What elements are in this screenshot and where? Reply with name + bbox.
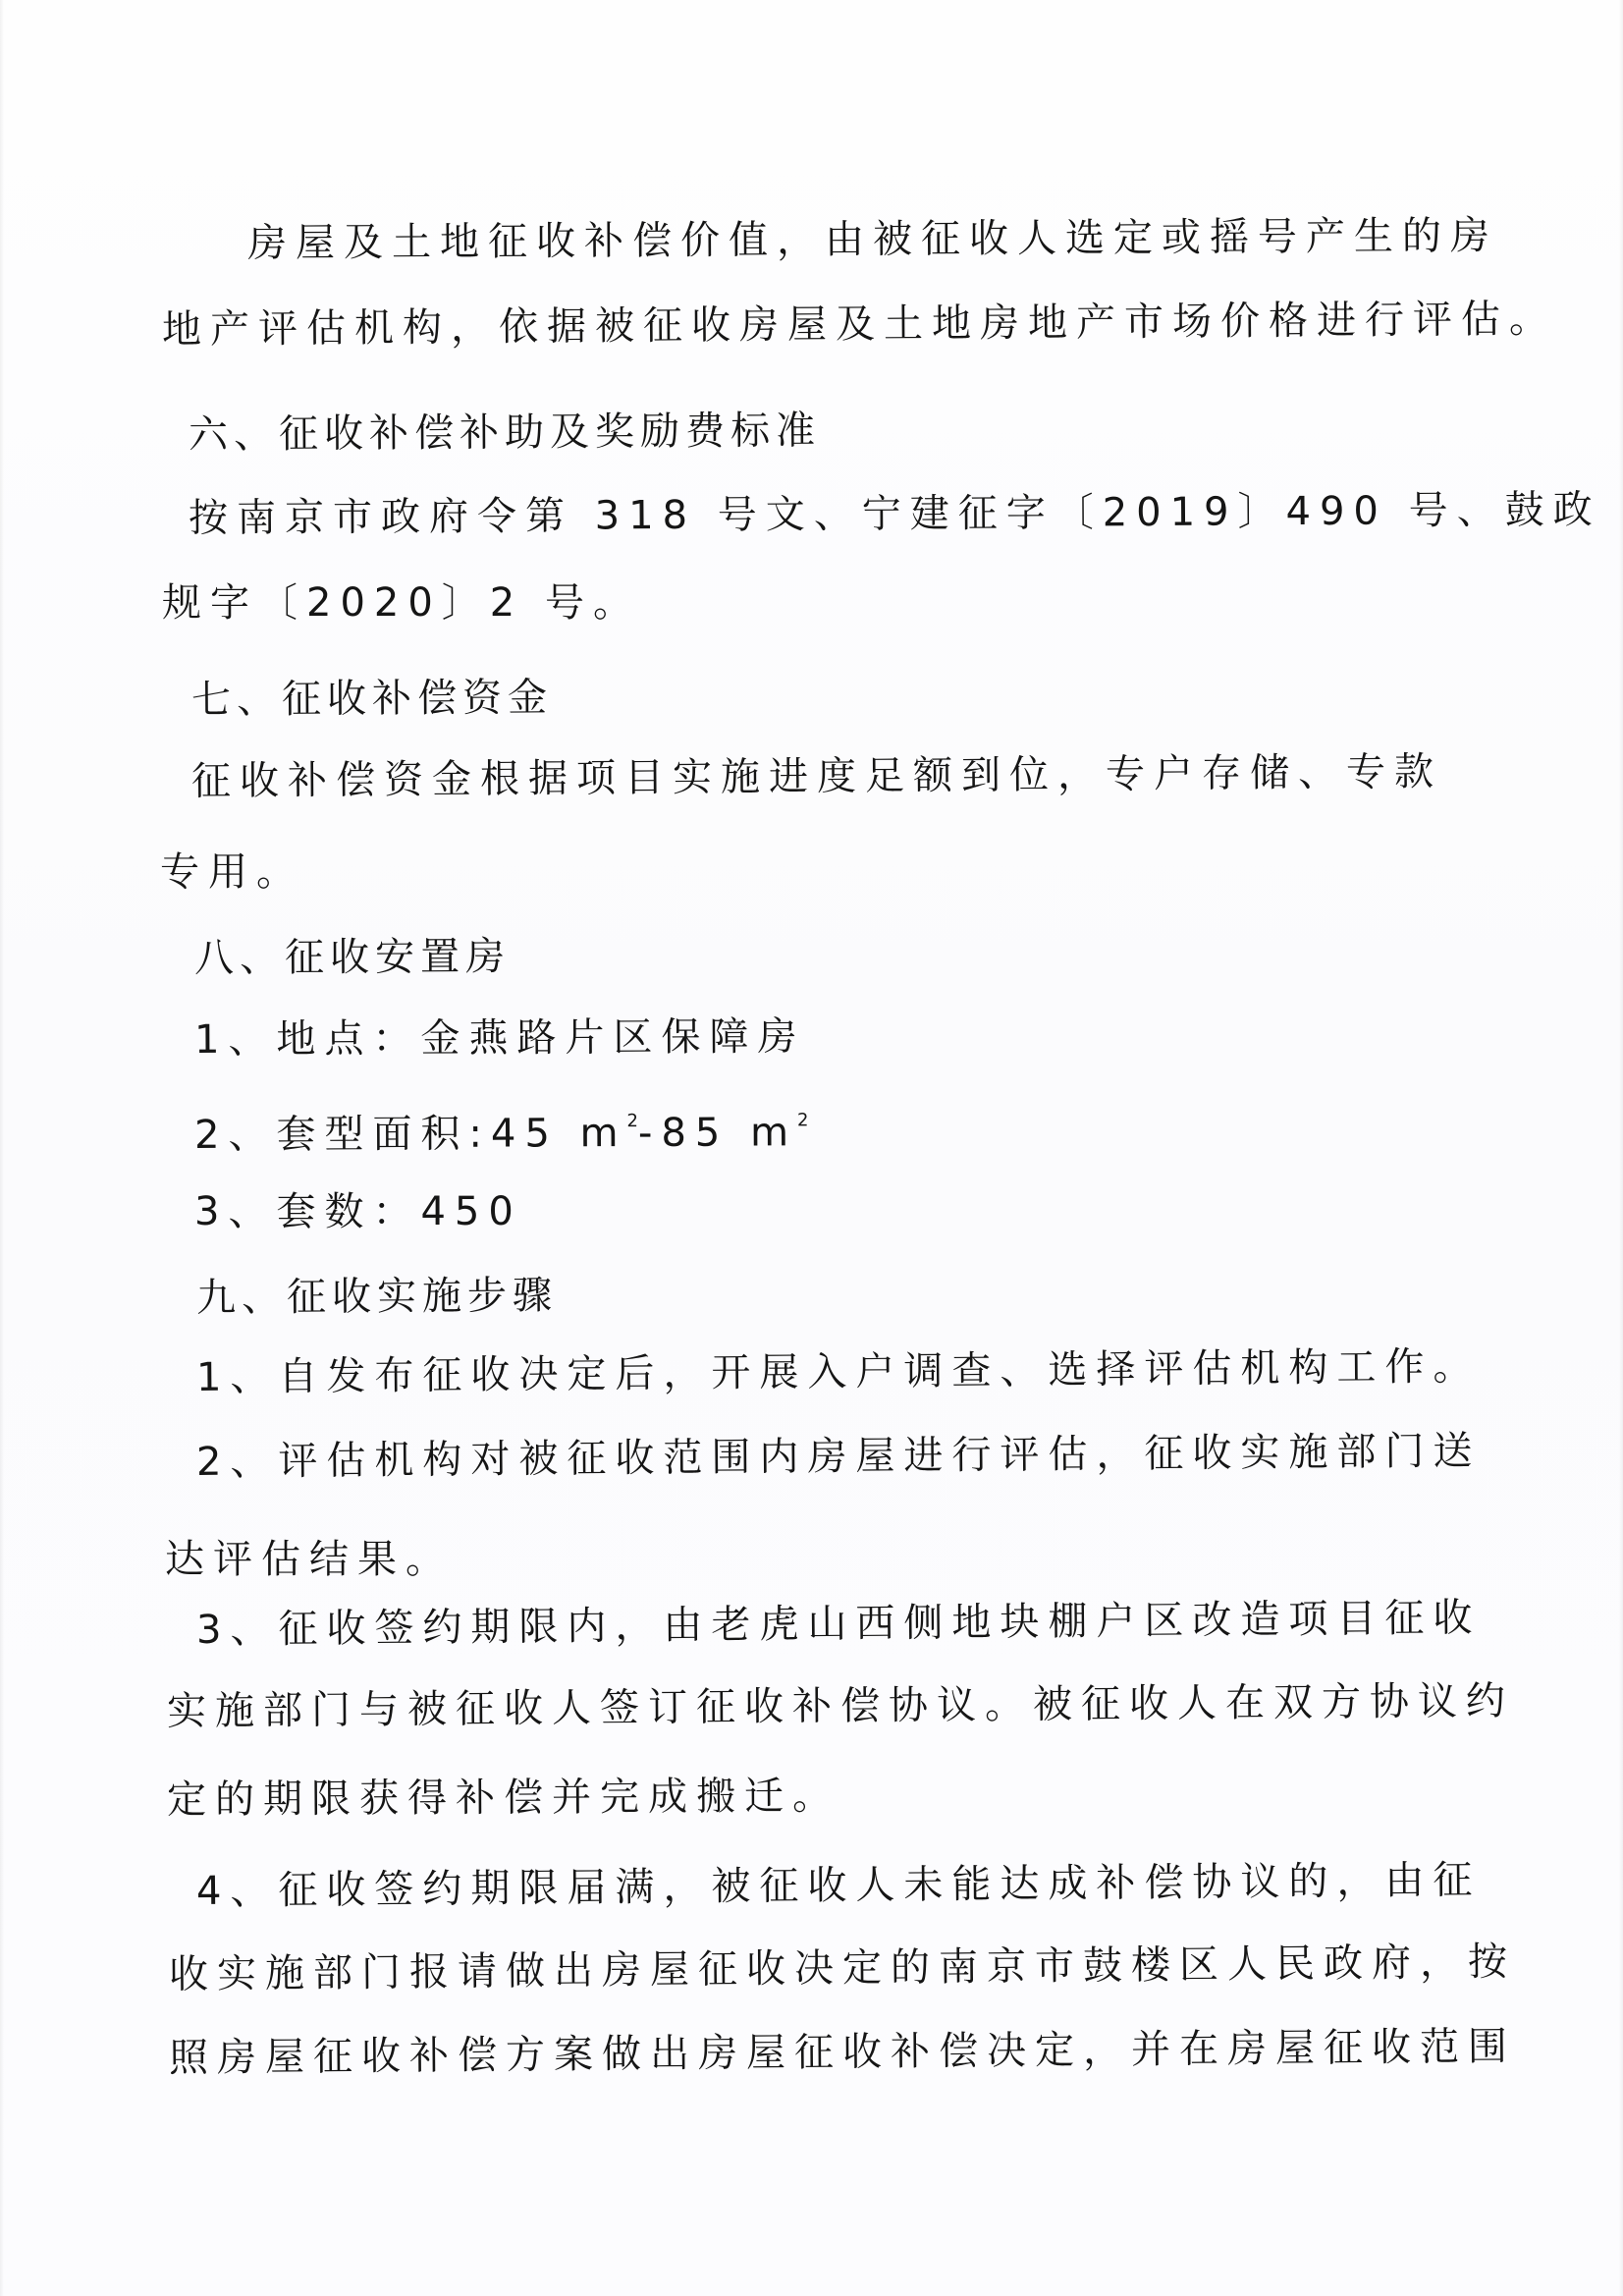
paragraph-line: 按南京市政府令第 318 号文、宁建征字〔2019〕490 号、鼓政	[189, 484, 1601, 544]
step-line: 2、评估机构对被征收范围内房屋进行评估，征收实施部门送	[196, 1426, 1482, 1488]
document-page: 房屋及土地征收补偿价值，由被征收人选定或摇号产生的房 地产评估机构，依据被征收房…	[0, 0, 1623, 2296]
page-edge-left	[0, 0, 4, 2296]
list-item: 2、套型面积:45 m2-85 m2	[194, 1095, 809, 1161]
section-heading-8: 八、征收安置房	[194, 931, 511, 984]
step-line: 4、征收签约期限届满，被征收人未能达成补偿协议的，由征	[196, 1855, 1482, 1917]
section-heading-6: 六、征收补偿补助及奖励费标准	[189, 406, 821, 461]
section-heading-7: 七、征收补偿资金	[191, 672, 553, 726]
superscript-2: 2	[797, 1110, 809, 1130]
area-prefix: 2、套型面积:45 m	[194, 1111, 627, 1158]
step-line: 照房屋征收补偿方案做出房屋征收补偿决定，并在房屋征收范围	[169, 2021, 1516, 2084]
section-heading-9: 九、征收实施步骤	[196, 1270, 558, 1324]
paragraph-line: 地产评估机构，依据被征收房屋及土地房地产市场价格进行评估。	[162, 294, 1557, 355]
paragraph-line: 专用。	[160, 847, 304, 898]
step-line: 实施部门与被征收人签订征收补偿协议。被征收人在双方协议约	[167, 1675, 1514, 1737]
list-item: 3、套数：450	[194, 1186, 522, 1237]
list-item: 1、地点：金燕路片区保障房	[194, 1011, 806, 1066]
paragraph-line: 征收补偿资金根据项目实施进度足额到位，专户存储、专款	[191, 746, 1442, 807]
paragraph-line: 房屋及土地征收补偿价值，由被征收人选定或摇号产生的房	[247, 210, 1498, 269]
step-line: 达评估结果。	[165, 1534, 454, 1585]
step-line: 定的期限获得补偿并完成搬迁。	[167, 1771, 840, 1826]
superscript-2: 2	[626, 1111, 638, 1131]
page-edge-right	[1619, 0, 1623, 2296]
step-line: 收实施部门报请做出房屋征收决定的南京市鼓楼区人民政府，按	[169, 1937, 1516, 2000]
area-mid: -85 m	[638, 1110, 797, 1156]
step-line: 3、征收签约期限内，由老虎山西侧地块棚户区改造项目征收	[196, 1592, 1482, 1656]
paragraph-line: 规字〔2020〕2 号。	[162, 577, 641, 629]
step-line: 1、自发布征收决定后，开展入户调查、选择评估机构工作。	[196, 1341, 1482, 1403]
